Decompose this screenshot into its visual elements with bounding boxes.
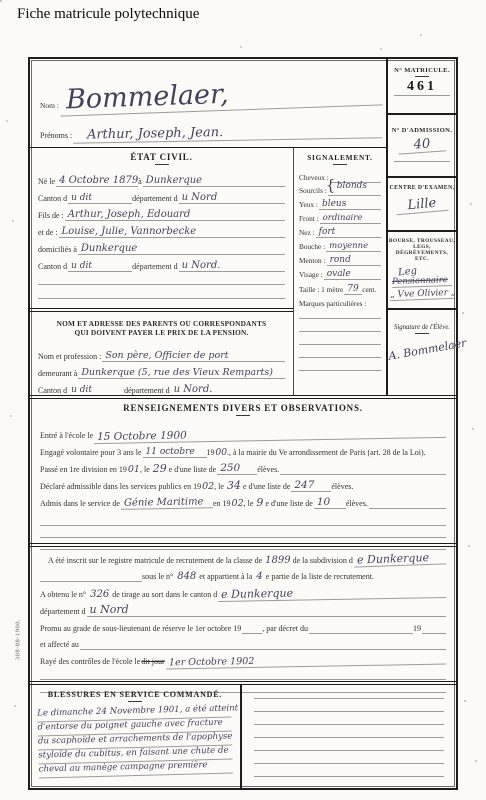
line-fill [369, 508, 446, 509]
blessures-band: BLESSURES EN SERVICE COMMANDÉ. Le dimanc… [30, 684, 456, 788]
inscrit-year: 1899 [263, 555, 292, 566]
title-dash [128, 701, 142, 702]
profession-value: Son père, Officier de port [102, 350, 285, 362]
line-fill [309, 633, 413, 634]
nom-value: Bommelaer, [60, 74, 383, 116]
canton1-value: u dit [68, 193, 132, 204]
cell-signature: Signature de l'Élève. A. Bommelaer [388, 310, 456, 393]
field-passe: Passé en 1re division en 1901 , le 29 e … [40, 460, 446, 475]
profession-label: Nom et profession : [38, 352, 102, 362]
inscrit-place: e Dunkerque [354, 550, 447, 567]
nez-value: fort [316, 227, 381, 238]
promu-pre: Promu au grade de sous-lieutenant de rés… [40, 624, 242, 634]
fils-value: Arthur, Joseph, Edouard [65, 209, 285, 221]
admis-mid: e d'une liste de [265, 499, 313, 509]
admissible-post: élèves. [331, 482, 354, 492]
raye-struck: dit jour [141, 657, 165, 667]
entre-value: 15 Octobre 1900 [94, 425, 446, 444]
cell-centre-examen: CENTRE D'EXAMEN. Lille [388, 178, 456, 232]
centre-examen-value: Lille [395, 195, 448, 215]
birthplace-value: Dunkerque [143, 175, 285, 187]
obtenu-num: 326 [87, 589, 112, 600]
blank-rule [299, 331, 381, 332]
field-sous-numero: sous le n° 848 et appartient à la 4 e pa… [40, 568, 446, 582]
taille-value: 79 [344, 284, 362, 295]
sous-mid: et appartient à la [199, 572, 253, 582]
canton2-label: Canton d [38, 262, 68, 272]
fils-label: Fils de : [38, 211, 65, 221]
admis-post: élèves. [346, 499, 369, 509]
engage-pre: Engagé volontaire pour 3 ans le [40, 448, 143, 458]
marques-label: Marques particulières : [299, 299, 381, 309]
admissible-le: , le [214, 482, 225, 492]
admissible-year: 02 [202, 481, 214, 492]
title-dash [415, 76, 429, 77]
passe-rank: 29 [151, 462, 169, 475]
field-raye: Rayé des contrôles de l'école ledit jour… [40, 652, 446, 667]
field-canton-1: Canton d u dit département d u Nord [38, 189, 285, 204]
engage-year-pre: 19 [207, 448, 216, 458]
engage-post: ., à la mairie du Ve arrondissement de P… [227, 448, 427, 458]
bouche-value: moyenne [326, 241, 381, 252]
blessures-text: Le dimanche 24 Novembre 1901, a été atte… [37, 703, 233, 778]
obtenu-place: e Dunkerque [218, 584, 446, 602]
promu-year: 19 [413, 624, 422, 634]
menton-label: Menton : [299, 256, 327, 266]
menton-value: rond [327, 255, 381, 266]
engage-value: 11 octobre [143, 447, 207, 458]
left-column: ÉTAT CIVIL. Né le 4 Octobre 1879 à Dunke… [30, 148, 293, 395]
blank-rule [40, 679, 446, 680]
field-entre: Entré à l'école le 15 Octobre 1900 [40, 424, 446, 441]
line-fill [242, 633, 262, 634]
field-admissible: Déclaré admissible dans les services pub… [40, 477, 446, 492]
admis-service: Génie Maritime [121, 496, 213, 510]
right-column: N° MATRICULE. 461 N° D'ADMISSION. 40 CEN… [386, 59, 456, 395]
admis-total: 10 [314, 496, 346, 509]
sous-num: 848 [174, 571, 199, 582]
admission-value: 40 [398, 135, 447, 154]
dept2-label: département d [132, 262, 179, 272]
recrutement-dept-label: département d [40, 607, 87, 617]
raye-pre: Rayé des contrôles de l'école le [40, 657, 141, 667]
inscrit-pre: A été inscrit sur le registre matricule … [40, 556, 263, 566]
field-et-de: et de : Louise, Julie, Vannorbecke [38, 223, 285, 238]
admis-rank: 9 [254, 496, 265, 509]
field-taille: Taille : 1 mètre 79 cent. [299, 280, 381, 295]
field-front: Front : ordinaire [299, 210, 381, 224]
blessures-title: BLESSURES EN SERVICE COMMANDÉ. [38, 690, 232, 699]
cheveux-sourcils-value: blonds [337, 181, 367, 191]
bouche-label: Bouche : [299, 242, 326, 252]
passe-mid: e d'une liste de [169, 465, 217, 475]
sous-part: 4 [253, 571, 265, 582]
engage-year-hw: 00 [216, 448, 227, 458]
passe-pre: Passé en 1re division en 19 [40, 465, 128, 475]
visage-value: ovale [324, 269, 381, 280]
blessures-left: BLESSURES EN SERVICE COMMANDÉ. Le dimanc… [30, 684, 242, 788]
blank-rule [254, 764, 444, 777]
obtenu-mid: de tirage au sort dans le canton d [112, 590, 218, 600]
field-canton-parents: Canton d u dit département d u Nord. [38, 381, 285, 396]
passe-le: , le [140, 465, 151, 475]
field-admis: Admis dans le service de Génie Maritime … [40, 494, 446, 509]
field-obtenu: A obtenu le n° 326 de tirage au sort dan… [40, 585, 446, 600]
centre-examen-label: CENTRE D'EXAMEN. [388, 185, 456, 191]
blank-rule [299, 357, 381, 358]
matricule-form: Nom : Bommelaer, Prénoms : Arthur, Josep… [28, 57, 458, 790]
blank-rule [38, 298, 285, 299]
field-menton: Menton : rond [299, 252, 381, 266]
blank-rule [299, 318, 381, 319]
blank-rule [254, 725, 444, 738]
bourse-label-2: LEGS, DÉGRÈVEMENTS, ETC. [388, 244, 456, 262]
ne-label: Né le [38, 177, 56, 187]
signature-label: Signature de l'Élève. [388, 324, 456, 331]
bourse-value-3: „ Vve Olivier „ [390, 288, 454, 301]
inscrit-mid: de la subdivision d [293, 556, 354, 566]
admissible-total: 247 [291, 479, 331, 492]
dept2-value: u Nord. [179, 260, 285, 272]
admissible-mid: e d'une liste de [243, 482, 291, 492]
renseignements-section: RENSEIGNEMENTS DIVERS ET OBSERVATIONS. E… [40, 403, 446, 550]
parents-title-1: NOM ET ADRESSE DES PARENTS OU CORRESPOND… [30, 319, 293, 328]
recrutement-section: A été inscrit sur le registre matricule … [40, 550, 446, 693]
blank-rule [254, 686, 444, 699]
ne-value: 4 Octobre 1879 [56, 175, 138, 187]
blank-rule [394, 161, 450, 162]
section-divider [30, 395, 456, 399]
field-fils-de: Fils de : Arthur, Joseph, Edouard [38, 206, 285, 221]
dept1-label: département d [132, 194, 179, 204]
prenoms-label: Prénoms : [40, 131, 73, 141]
printer-reference-stamp: 308-88-1900. [15, 609, 22, 671]
taille-label: Taille : 1 mètre [299, 285, 344, 295]
title-dash [415, 333, 429, 334]
line-fill [40, 581, 142, 582]
admis-pre: Admis dans le service de [40, 499, 121, 509]
line-fill [422, 633, 446, 634]
field-canton-2: Canton d u dit département d u Nord. [38, 257, 285, 272]
raye-value: 1er Octobre 1902 [166, 653, 447, 670]
sourcils-label: Sourcils : [299, 186, 328, 196]
yeux-value: bleus [319, 199, 381, 210]
etde-value: Louise, Julie, Vannorbecke [59, 226, 285, 238]
field-visage: Visage : ovale [299, 266, 381, 280]
dom-value: Dunkerque [78, 243, 285, 255]
field-bouche: Bouche : moyenne [299, 238, 381, 252]
promu-mid: , par décret du [262, 624, 309, 634]
line-fill [280, 474, 446, 475]
signature-value: A. Bommelaer [387, 338, 456, 363]
renseignements-title: RENSEIGNEMENTS DIVERS ET OBSERVATIONS. [40, 403, 446, 413]
blank-rule [254, 738, 444, 751]
passe-post: élèves. [257, 465, 280, 475]
admission-label: N° D'ADMISSION. [388, 127, 456, 134]
line-fill [80, 649, 446, 650]
affecte-label: et affecté au [40, 640, 80, 650]
field-affecte: et affecté au [40, 636, 446, 650]
field-demeurant: demeurant à Dunkerque (5, rue des Vieux … [38, 364, 285, 379]
blank-rule [254, 751, 444, 764]
field-prenoms: Prénoms : Arthur, Joseph, Jean. [40, 119, 382, 141]
dom-label: domiciliés à [38, 245, 78, 255]
bourse-value-2: Pensionnaire [392, 275, 452, 288]
field-ne-le: Né le 4 Octobre 1879 à Dunkerque [38, 171, 285, 187]
title-dash [333, 164, 347, 165]
parents-title-2: QUI DOIVENT PAYER LE PRIX DE LA PENSION. [30, 328, 293, 337]
cell-admission: N° D'ADMISSION. 40 [388, 115, 456, 178]
signalement-column: SIGNALEMENT. Cheveux : Sourcils : { blon… [293, 148, 386, 395]
section-divider [30, 308, 293, 312]
obtenu-pre: A obtenu le n° [40, 590, 87, 600]
sous-pre: sous le n° [142, 572, 174, 582]
blank-rule [299, 370, 381, 371]
brace-glyph: { [326, 176, 336, 194]
admissible-pre: Déclaré admissible dans les services pub… [40, 482, 202, 492]
field-nez: Nez : fort [299, 224, 381, 238]
blank-rule [254, 699, 444, 712]
nez-label: Nez : [299, 228, 316, 238]
field-engage: Engagé volontaire pour 3 ans le 11 octob… [40, 443, 446, 458]
admissible-rank: 34 [225, 479, 243, 492]
blank-rule [40, 525, 446, 526]
front-value: ordinaire [320, 213, 381, 224]
paper-specks [0, 0, 2, 2]
taille-unit: cent. [362, 285, 377, 295]
page-title: Fiche matricule polytechnique [17, 6, 199, 23]
canton2-value: u dit [68, 261, 132, 272]
recrutement-dept-value: u Nord [87, 603, 446, 617]
blank-rule [38, 284, 285, 285]
field-domicilies: domiciliés à Dunkerque [38, 240, 285, 255]
field-sourcils: Sourcils : { blonds [299, 183, 381, 196]
field-profession: Nom et profession : Son père, Officier d… [38, 346, 285, 362]
cell-matricule: N° MATRICULE. 461 [388, 59, 456, 115]
demeurant-value: Dunkerque (5, rue des Vieux Remparts) [78, 367, 285, 379]
field-dept-recrutement: département d u Nord [40, 602, 446, 617]
nom-label: Nom : [40, 101, 60, 111]
etde-label: et de : [38, 228, 59, 238]
field-promu: Promu au grade de sous-lieutenant de rés… [40, 619, 446, 634]
field-inscrit: A été inscrit sur le registre matricule … [40, 550, 446, 566]
title-dash [236, 415, 250, 416]
passe-year: 01 [128, 464, 140, 475]
section-divider [30, 543, 456, 547]
entre-label: Entré à l'école le [40, 431, 94, 441]
title-dash [155, 164, 169, 165]
passe-total: 250 [217, 462, 257, 475]
sous-post: e partie de la liste de recrutement. [266, 572, 375, 582]
matricule-value: 461 [394, 79, 450, 96]
etat-civil-title: ÉTAT CIVIL. [30, 152, 293, 162]
front-label: Front : [299, 214, 320, 224]
admis-en: en 19 [213, 499, 232, 509]
yeux-label: Yeux : [299, 200, 319, 210]
cell-bourse: BOURSE, TROUSSEAU, LEGS, DÉGRÈVEMENTS, E… [388, 232, 456, 310]
field-yeux: Yeux : bleus [299, 196, 381, 210]
admis-year: 02 [232, 498, 244, 509]
visage-label: Visage : [299, 270, 324, 280]
dept1-value: u Nord [179, 192, 285, 204]
signalement-title: SIGNALEMENT. [299, 153, 381, 162]
blank-rule [40, 537, 446, 538]
prenoms-value: Arthur, Joseph, Jean. [73, 122, 382, 143]
canton1-label: Canton d [38, 194, 68, 204]
admis-le: , le [244, 499, 255, 509]
field-nom: Nom : Bommelaer, [40, 67, 382, 111]
blank-rule [254, 712, 444, 725]
blank-rule [299, 344, 381, 345]
demeurant-label: demeurant à [38, 369, 78, 379]
blessures-right [242, 684, 456, 790]
matricule-label: N° MATRICULE. [388, 67, 456, 74]
